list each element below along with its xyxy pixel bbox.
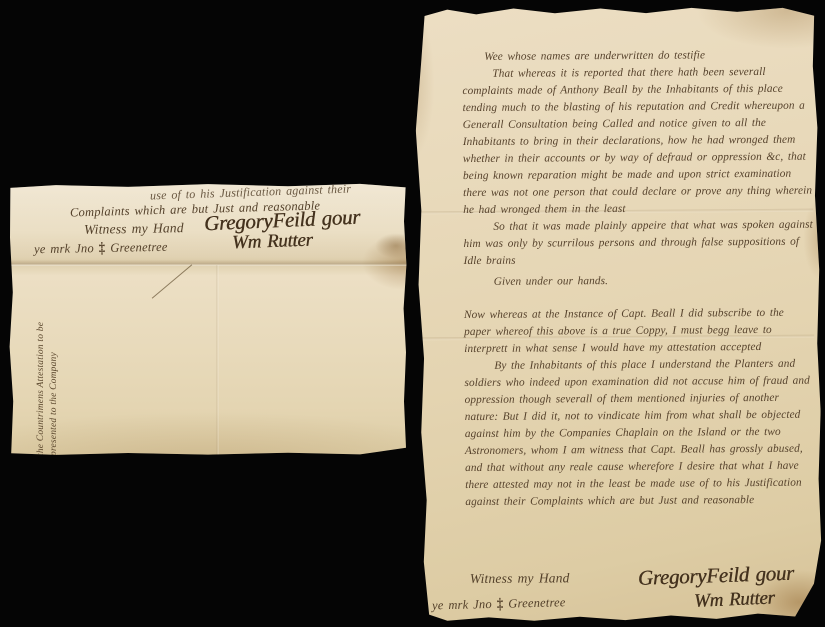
mark-name: Greenetree — [508, 595, 566, 610]
letter-body: Wee whose names are underwritten do test… — [462, 47, 815, 511]
docket-line-1: the Countrimens Attestation to be — [35, 280, 48, 456]
mark-prefix: ye mrk Jno — [432, 597, 492, 612]
mark-name: Greenetree — [110, 240, 168, 255]
paragraph-given-under-hands: Given under our hands. — [494, 272, 814, 291]
paragraph-complaints: That whereas it is reported that there h… — [462, 64, 813, 219]
paragraph-subscription: Now whereas at the Instance of Capt. Bea… — [464, 305, 814, 358]
folded-letter: use of to his Justification against thei… — [8, 183, 408, 456]
mark-line: ye mrk Jno‡Greenetree — [432, 595, 566, 613]
merchant-mark-icon: ‡ — [99, 239, 106, 258]
signature-second: Wm Rutter — [694, 587, 775, 612]
signature-governor: GregoryFeild gour — [637, 561, 794, 591]
letter-fold-panel: use of to his Justification against thei… — [8, 183, 408, 263]
docket-line-2: presented to the Company — [48, 280, 61, 456]
letter-page: Wee whose names are underwritten do test… — [406, 5, 824, 624]
fold-crease-vertical — [216, 265, 219, 455]
pen-flourish — [152, 264, 192, 298]
photo-background: use of to his Justification against thei… — [0, 0, 825, 627]
fold-witness-line: Witness my Hand — [84, 220, 184, 238]
merchant-mark-icon: ‡ — [497, 595, 504, 614]
mark-prefix: ye mrk Jno — [34, 241, 94, 256]
fold-signature-second: Wm Rutter — [232, 230, 313, 255]
witness-line: Witness my Hand — [470, 570, 570, 587]
fold-mark-line: ye mrk Jno‡Greenetree — [34, 240, 168, 257]
paragraph-qualification: By the Inhabitants of this place I under… — [464, 356, 815, 511]
docket-note: the Countrimens Attestation to be presen… — [35, 280, 69, 456]
closing-block: Witness my Hand GregoryFeild gour ye mrk… — [426, 565, 816, 622]
fold-crease-horizontal — [8, 263, 408, 266]
paragraph-verdict: So that it was made plainly appeire that… — [463, 217, 813, 270]
